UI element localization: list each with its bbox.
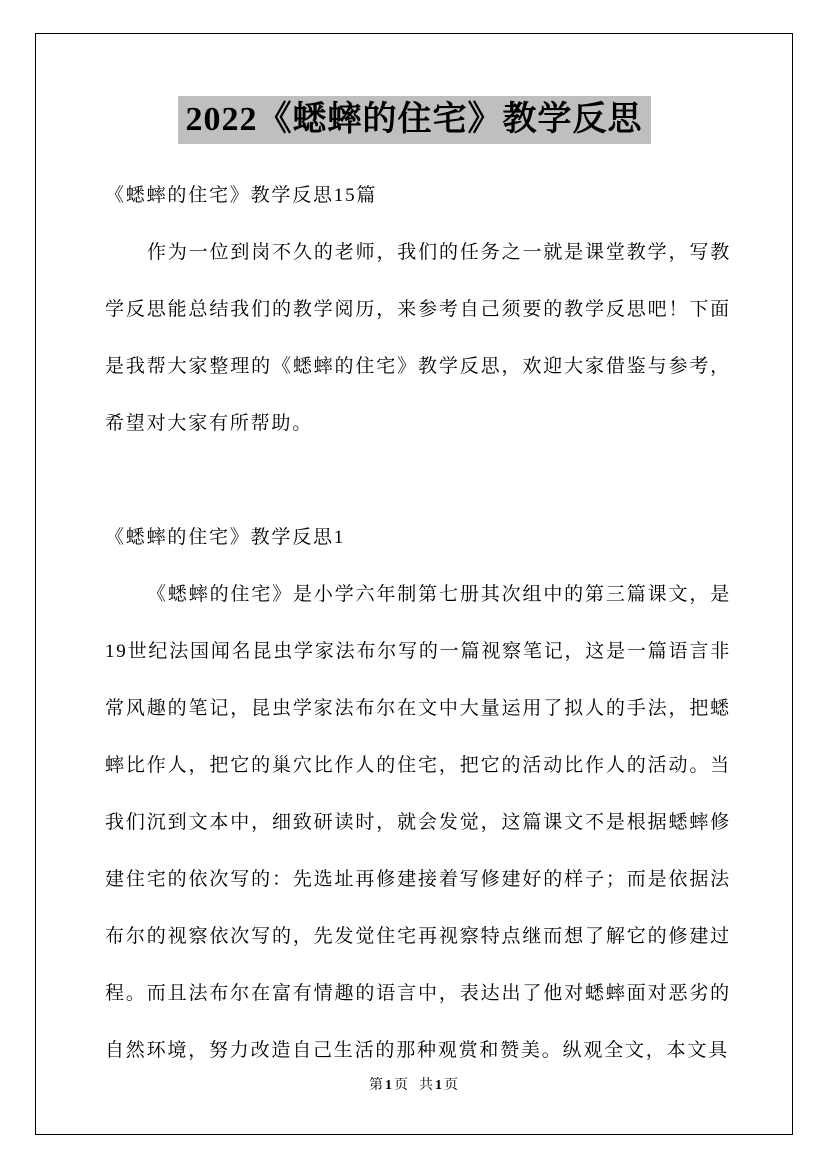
section-paragraph: 《蟋蟀的住宅》是小学六年制第七册其次组中的第三篇课文，是19世纪法国闻名昆虫学家… [105,566,731,1079]
footer-total-number: 1 [434,1078,444,1093]
intro-paragraph: 作为一位到岗不久的老师，我们的任务之一就是课堂教学，写教学反思能总结我们的教学阅… [105,224,731,452]
section-heading: 《蟋蟀的住宅》教学反思1 [105,509,731,566]
document-body: 《蟋蟀的住宅》教学反思15篇 作为一位到岗不久的老师，我们的任务之一就是课堂教学… [105,167,731,1079]
title-row: 2022《蟋蟀的住宅》教学反思 [36,96,792,144]
paragraph-spacer [105,452,731,509]
footer-page-prefix: 第 [369,1078,384,1093]
footer-page-suffix: 页 [394,1078,409,1093]
document-title: 2022《蟋蟀的住宅》教学反思 [178,96,651,144]
document-page: 2022《蟋蟀的住宅》教学反思 《蟋蟀的住宅》教学反思15篇 作为一位到岗不久的… [0,0,827,1170]
footer-total-prefix: 共 [419,1078,434,1093]
document-subtitle: 《蟋蟀的住宅》教学反思15篇 [105,167,731,224]
footer-total-suffix: 页 [444,1078,459,1093]
footer-page-number: 1 [384,1078,394,1093]
page-footer: 第1页共1页 [36,1076,792,1096]
